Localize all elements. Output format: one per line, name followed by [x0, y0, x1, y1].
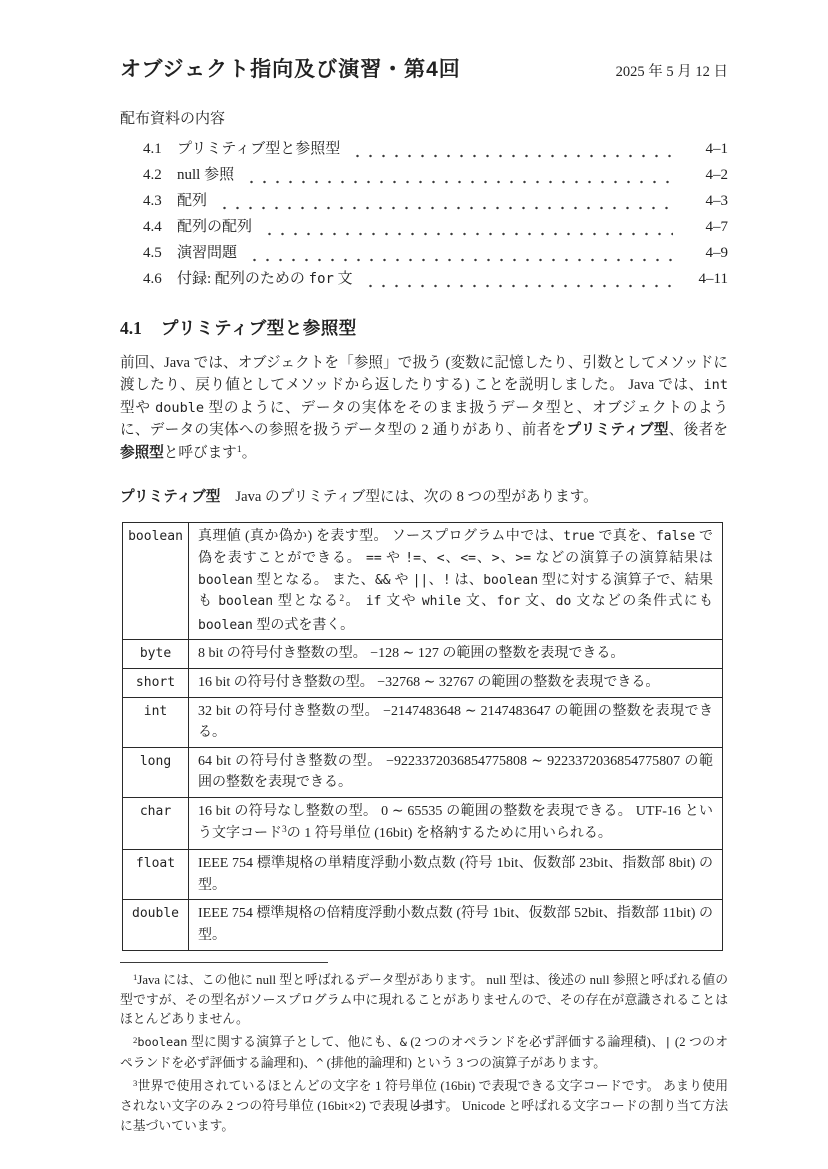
text-segment: プリミティブ型: [566, 422, 668, 438]
toc-item-label: 配列: [177, 189, 207, 210]
toc-item-label: 付録: 配列のための for 文: [177, 267, 353, 288]
section-title: プリミティブ型と参照型: [161, 317, 357, 340]
type-description-cell: 16 bit の符号なし整数の型。 0 ∼ 65535 の範囲の整数を表現できる…: [189, 797, 723, 849]
toc-item: 4.1プリミティブ型と参照型4–1: [120, 137, 728, 163]
footnote-rule: [120, 962, 328, 963]
text-segment: 文、: [520, 594, 556, 609]
table-row: long64 bit の符号付き整数の型。 −92233720368547758…: [123, 747, 723, 797]
text-segment: 32 bit の符号付き整数の型。 −2147483648 ∼ 21474836…: [198, 704, 713, 741]
text-segment: 付録: 配列のための: [177, 271, 309, 287]
type-name-cell: byte: [123, 640, 189, 669]
dot-leader: [261, 232, 673, 236]
intro-paragraph: 前回、Java では、オブジェクトを「参照」で扱う (変数に記憶したり、引数とし…: [120, 352, 728, 466]
dot-leader: [216, 206, 673, 210]
type-name-cell: long: [123, 747, 189, 797]
text-segment: 演習問題: [177, 245, 237, 261]
footnote-marker: 3: [282, 825, 287, 835]
text-segment: 、: [421, 551, 437, 566]
toc-page-number: 4–7: [682, 219, 728, 236]
text-segment: 64 bit の符号付き整数の型。 −9223372036854775808 ∼…: [198, 754, 713, 791]
toc-item: 4.5演習問題4–9: [120, 241, 728, 267]
text-segment: 、: [428, 573, 443, 588]
text-segment: IEEE 754 標準規格の単精度浮動小数点数 (符号 1bit、仮数部 23b…: [198, 856, 713, 893]
type-name: short: [136, 675, 175, 690]
text-segment: や: [382, 551, 406, 566]
footnote: 2boolean 型に関する演算子として、他にも、& (2 つのオペランドを必ず…: [120, 1033, 728, 1073]
type-name-cell: float: [123, 850, 189, 900]
text-segment: 文や: [381, 594, 421, 609]
text-segment: などの演算子の演算結果は: [531, 551, 713, 566]
code-text: boolean: [198, 618, 253, 633]
section-heading: 4.1 プリミティブ型と参照型: [120, 317, 728, 340]
text-segment: null 参照: [177, 167, 234, 183]
text-segment: 16 bit の符号付き整数の型。 −32768 ∼ 32767 の範囲の整数を…: [198, 675, 659, 690]
type-name-cell: boolean: [123, 523, 189, 640]
code-text: double: [155, 400, 204, 416]
document-header: オブジェクト指向及び演習・第4回 2025 年 5 月 12 日: [120, 57, 728, 83]
text-segment: プリミティブ型と参照型: [177, 141, 340, 157]
type-description-cell: 16 bit の符号付き整数の型。 −32768 ∼ 32767 の範囲の整数を…: [189, 669, 723, 698]
footnote-marker: 1: [133, 972, 137, 982]
type-description-cell: 真理値 (真か偽か) を表す型。 ソースプログラム中では、true で真を、fa…: [189, 523, 723, 640]
code-text: boolean: [137, 1035, 187, 1049]
type-description-cell: IEEE 754 標準規格の倍精度浮動小数点数 (符号 1bit、仮数部 52b…: [189, 900, 723, 950]
text-segment: 文、: [461, 594, 497, 609]
toc-page-number: 4–11: [682, 271, 728, 288]
text-segment: 前回、Java では、オブジェクトを「参照」で扱う (変数に記憶したり、引数とし…: [120, 355, 728, 393]
table-row: char16 bit の符号なし整数の型。 0 ∼ 65535 の範囲の整数を表…: [123, 797, 723, 849]
page-content: オブジェクト指向及び演習・第4回 2025 年 5 月 12 日 配布資料の内容…: [120, 57, 728, 1140]
type-name: byte: [140, 646, 171, 661]
table-row: boolean真理値 (真か偽か) を表す型。 ソースプログラム中では、true…: [123, 523, 723, 640]
code-text: boolean: [483, 573, 538, 588]
text-segment: や: [391, 573, 413, 588]
primitive-type-lead: プリミティブ型Java のプリミティブ型には、次の 8 つの型があります。: [120, 486, 728, 508]
type-name-cell: short: [123, 669, 189, 698]
toc-page-number: 4–9: [682, 245, 728, 262]
code-text: if: [366, 594, 382, 609]
code-text: <: [437, 551, 445, 566]
text-segment: 真理値 (真か偽か) を表す型。 ソースプログラム中では、: [198, 529, 563, 544]
type-name: boolean: [128, 529, 183, 544]
toc-item-number: 4.3: [143, 193, 177, 210]
dot-leader: [243, 180, 673, 184]
toc-item-number: 4.1: [143, 141, 177, 158]
text-segment: 型に関する演算子として、他にも、: [187, 1035, 399, 1049]
code-text: !: [443, 573, 451, 588]
type-description-cell: IEEE 754 標準規格の単精度浮動小数点数 (符号 1bit、仮数部 23b…: [189, 850, 723, 900]
page-number: 4–1: [120, 1097, 728, 1114]
table-row: floatIEEE 754 標準規格の単精度浮動小数点数 (符号 1bit、仮数…: [123, 850, 723, 900]
type-description-cell: 8 bit の符号付き整数の型。 −128 ∼ 127 の範囲の整数を表現できる…: [189, 640, 723, 669]
text-segment: Java には、この他に null 型と呼ばれるデータ型があります。 null …: [120, 973, 728, 1027]
toc-item: 4.6付録: 配列のための for 文4–11: [120, 267, 728, 293]
type-name: double: [132, 906, 179, 921]
text-segment: 、: [500, 551, 516, 566]
table-row: byte8 bit の符号付き整数の型。 −128 ∼ 127 の範囲の整数を表…: [123, 640, 723, 669]
type-name: float: [136, 856, 175, 871]
text-segment: 、: [476, 551, 492, 566]
toc-page-number: 4–1: [682, 141, 728, 158]
toc-page-number: 4–3: [682, 193, 728, 210]
table-row: short16 bit の符号付き整数の型。 −32768 ∼ 32767 の範…: [123, 669, 723, 698]
text-segment: 文などの条件式にも: [571, 594, 713, 609]
type-description-cell: 32 bit の符号付き整数の型。 −2147483648 ∼ 21474836…: [189, 697, 723, 747]
text-segment: 配列: [177, 193, 207, 209]
code-text: boolean: [198, 573, 253, 588]
toc-item-number: 4.6: [143, 271, 177, 288]
code-text: do: [556, 594, 572, 609]
toc-item-label: null 参照: [177, 163, 234, 184]
dot-leader: [246, 258, 673, 262]
toc-page-number: 4–2: [682, 167, 728, 184]
toc-item-number: 4.4: [143, 219, 177, 236]
text-segment: 文: [334, 271, 353, 287]
text-segment: 型の式を書く。: [253, 618, 354, 633]
text-segment: 、: [445, 551, 461, 566]
text-segment: 型となる: [273, 594, 339, 609]
text-segment: 8 bit の符号付き整数の型。 −128 ∼ 127 の範囲の整数を表現できる…: [198, 646, 624, 661]
toc-item-label: 配列の配列: [177, 215, 252, 236]
toc-item: 4.4配列の配列4–7: [120, 215, 728, 241]
section-number: 4.1: [120, 317, 142, 340]
text-segment: プリミティブ型: [120, 489, 220, 505]
code-text: <=: [460, 551, 476, 566]
text-segment: は、: [451, 573, 483, 588]
code-text: ==: [366, 551, 382, 566]
code-text: true: [563, 529, 594, 544]
toc-item-number: 4.2: [143, 167, 177, 184]
code-text: int: [704, 377, 729, 393]
text-segment: 型となる。 また、: [253, 573, 375, 588]
footnote-marker: 2: [133, 1035, 137, 1045]
type-name: int: [144, 704, 168, 719]
text-segment: と呼びます: [164, 445, 237, 461]
toc-item: 4.2null 参照4–2: [120, 163, 728, 189]
document-date: 2025 年 5 月 12 日: [616, 60, 728, 81]
document-page: オブジェクト指向及び演習・第4回 2025 年 5 月 12 日 配布資料の内容…: [0, 0, 828, 1169]
toc-item-label: プリミティブ型と参照型: [177, 137, 340, 158]
code-text: boolean: [218, 594, 273, 609]
type-name-cell: double: [123, 900, 189, 950]
type-name-cell: char: [123, 797, 189, 849]
code-text: >=: [515, 551, 531, 566]
text-segment: で真を、: [595, 529, 656, 544]
text-segment: 型や: [120, 400, 155, 416]
toc-item-label: 演習問題: [177, 241, 237, 262]
text-segment: Java のプリミティブ型には、次の 8 つの型があります。: [235, 489, 597, 505]
code-text: ||: [413, 573, 429, 588]
dot-leader: [362, 284, 673, 288]
table-row: doubleIEEE 754 標準規格の倍精度浮動小数点数 (符号 1bit、仮…: [123, 900, 723, 950]
code-text: &&: [375, 573, 391, 588]
text-segment: (2 つのオペランドを必ず評価する論理積)、: [407, 1035, 664, 1049]
code-text: &: [400, 1035, 407, 1049]
primitive-types-table-body: boolean真理値 (真か偽か) を表す型。 ソースプログラム中では、true…: [123, 523, 723, 950]
text-segment: 。: [242, 445, 257, 461]
text-segment: 。: [344, 594, 366, 609]
table-row: int32 bit の符号付き整数の型。 −2147483648 ∼ 21474…: [123, 697, 723, 747]
footnote: 1Java には、この他に null 型と呼ばれるデータ型があります。 null…: [120, 971, 728, 1030]
footnote-marker: 2: [339, 594, 344, 604]
code-text: >: [492, 551, 500, 566]
code-text: for: [497, 594, 521, 609]
code-text: while: [422, 594, 461, 609]
type-name: long: [140, 754, 171, 769]
footnote-marker: 1: [237, 444, 242, 455]
text-segment: IEEE 754 標準規格の倍精度浮動小数点数 (符号 1bit、仮数部 52b…: [198, 906, 713, 943]
code-text: false: [656, 529, 695, 544]
dot-leader: [349, 154, 673, 158]
toc-heading: 配布資料の内容: [120, 110, 728, 129]
document-title: オブジェクト指向及び演習・第4回: [120, 57, 461, 83]
type-name: char: [140, 804, 171, 819]
text-segment: 配列の配列: [177, 219, 252, 235]
text-segment: 参照型: [120, 445, 164, 461]
code-text: !=: [405, 551, 421, 566]
toc-item-number: 4.5: [143, 245, 177, 262]
primitive-types-table: boolean真理値 (真か偽か) を表す型。 ソースプログラム中では、true…: [122, 522, 723, 950]
type-name-cell: int: [123, 697, 189, 747]
text-segment: (排他的論理和) という 3 つの演算子があります。: [323, 1056, 606, 1070]
text-segment: 、後者を: [669, 422, 728, 438]
toc-item: 4.3配列4–3: [120, 189, 728, 215]
text-segment: の 1 符号単位 (16bit) を格納するために用いられる。: [287, 826, 612, 841]
footnote-marker: 3: [133, 1078, 137, 1088]
type-description-cell: 64 bit の符号付き整数の型。 −9223372036854775808 ∼…: [189, 747, 723, 797]
code-text: for: [309, 271, 334, 287]
table-of-contents: 4.1プリミティブ型と参照型4–14.2null 参照4–24.3配列4–34.…: [120, 137, 728, 293]
